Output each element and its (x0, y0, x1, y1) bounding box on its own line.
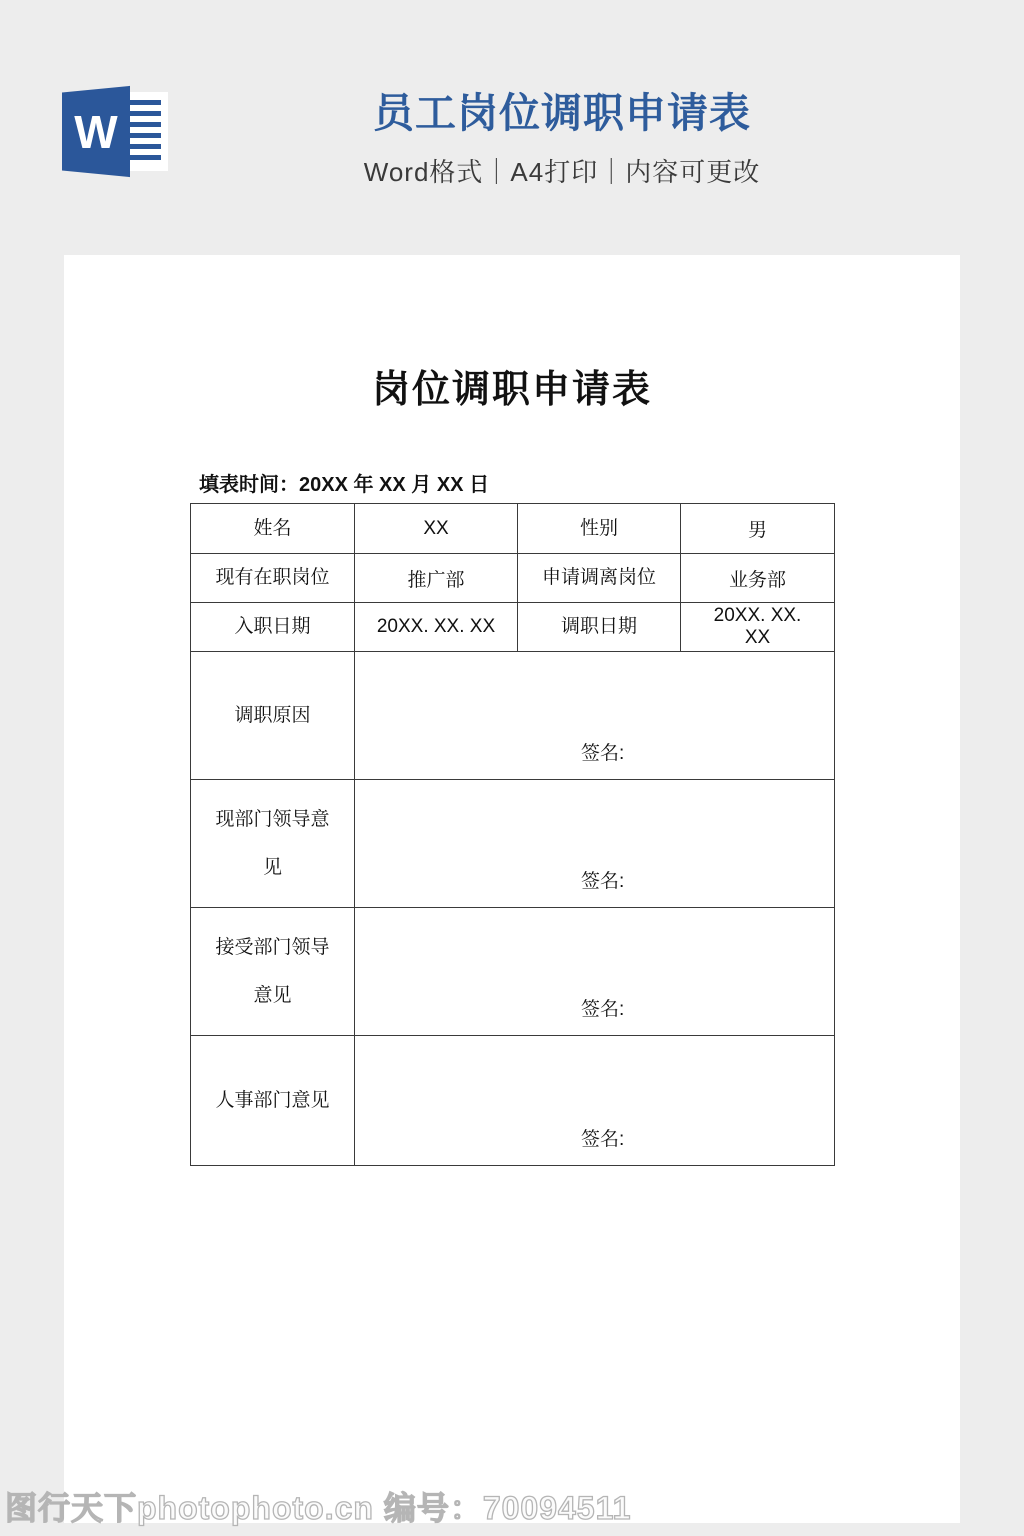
hr-opinion-label-cell: 人事部门意见 (191, 1036, 355, 1166)
word-icon-text-lines (125, 100, 161, 163)
transfer-date-value-cell: 20XX. XX. XX (681, 603, 835, 652)
template-title: 员工岗位调职申请表 (262, 90, 862, 137)
word-icon-letter: W (74, 105, 117, 159)
current-leader-opinion-content-cell: 签名: (355, 780, 835, 908)
table-row: 接受部门领导意见 签名: (191, 908, 835, 1036)
form-title: 岗位调职申请表 (64, 358, 960, 413)
site-watermark: 图行天下photophoto.cn 编号：70094511 (5, 1483, 631, 1529)
entry-date-value-cell: 20XX. XX. XX (355, 603, 518, 652)
current-position-label-cell: 现有在职岗位 (191, 554, 355, 603)
current-position-value-cell: 推广部 (355, 554, 518, 603)
table-row: 姓名 XX 性别 男 (191, 504, 835, 554)
word-icon-panel: W (62, 85, 130, 178)
signature-label: 签名: (581, 738, 624, 765)
entry-date-label-cell: 入职日期 (191, 603, 355, 652)
transfer-date-label-cell: 调职日期 (518, 603, 681, 652)
table-row: 调职原因 签名: (191, 652, 835, 780)
requested-position-value-cell: 业务部 (681, 554, 835, 603)
transfer-reason-content-cell: 签名: (355, 652, 835, 780)
receiving-leader-opinion-label-cell: 接受部门领导意见 (191, 908, 355, 1036)
requested-position-label-cell: 申请调离岗位 (518, 554, 681, 603)
signature-label: 签名: (581, 866, 624, 893)
fill-time-label: 填表时间：20XX 年 XX 月 XX 日 (199, 468, 489, 497)
gender-value-cell: 男 (681, 504, 835, 554)
signature-label: 签名: (581, 994, 624, 1021)
template-header: W 员工岗位调职申请表 Word格式｜A4打印｜内容可更改 (0, 0, 1024, 255)
signature-label: 签名: (581, 1124, 624, 1151)
transfer-reason-label-cell: 调职原因 (191, 652, 355, 780)
table-row: 现部门领导意见 签名: (191, 780, 835, 908)
table-row: 入职日期 20XX. XX. XX 调职日期 20XX. XX. XX (191, 603, 835, 652)
template-subtitle: Word格式｜A4打印｜内容可更改 (262, 152, 862, 189)
name-value-cell: XX (355, 504, 518, 554)
current-leader-opinion-label-cell: 现部门领导意见 (191, 780, 355, 908)
document-page: 岗位调职申请表 填表时间：20XX 年 XX 月 XX 日 姓名 XX 性别 男… (64, 255, 960, 1523)
receiving-leader-opinion-content-cell: 签名: (355, 908, 835, 1036)
template-preview-canvas: W 员工岗位调职申请表 Word格式｜A4打印｜内容可更改 岗位调职申请表 填表… (0, 0, 1024, 1536)
name-label-cell: 姓名 (191, 504, 355, 554)
table-row: 现有在职岗位 推广部 申请调离岗位 业务部 (191, 554, 835, 603)
hr-opinion-content-cell: 签名: (355, 1036, 835, 1166)
gender-label-cell: 性别 (518, 504, 681, 554)
header-text-block: 员工岗位调职申请表 Word格式｜A4打印｜内容可更改 (262, 90, 862, 189)
table-row: 人事部门意见 签名: (191, 1036, 835, 1166)
transfer-application-table: 姓名 XX 性别 男 现有在职岗位 推广部 申请调离岗位 业务部 入职日期 20… (190, 503, 835, 1166)
word-file-icon: W (62, 85, 168, 178)
